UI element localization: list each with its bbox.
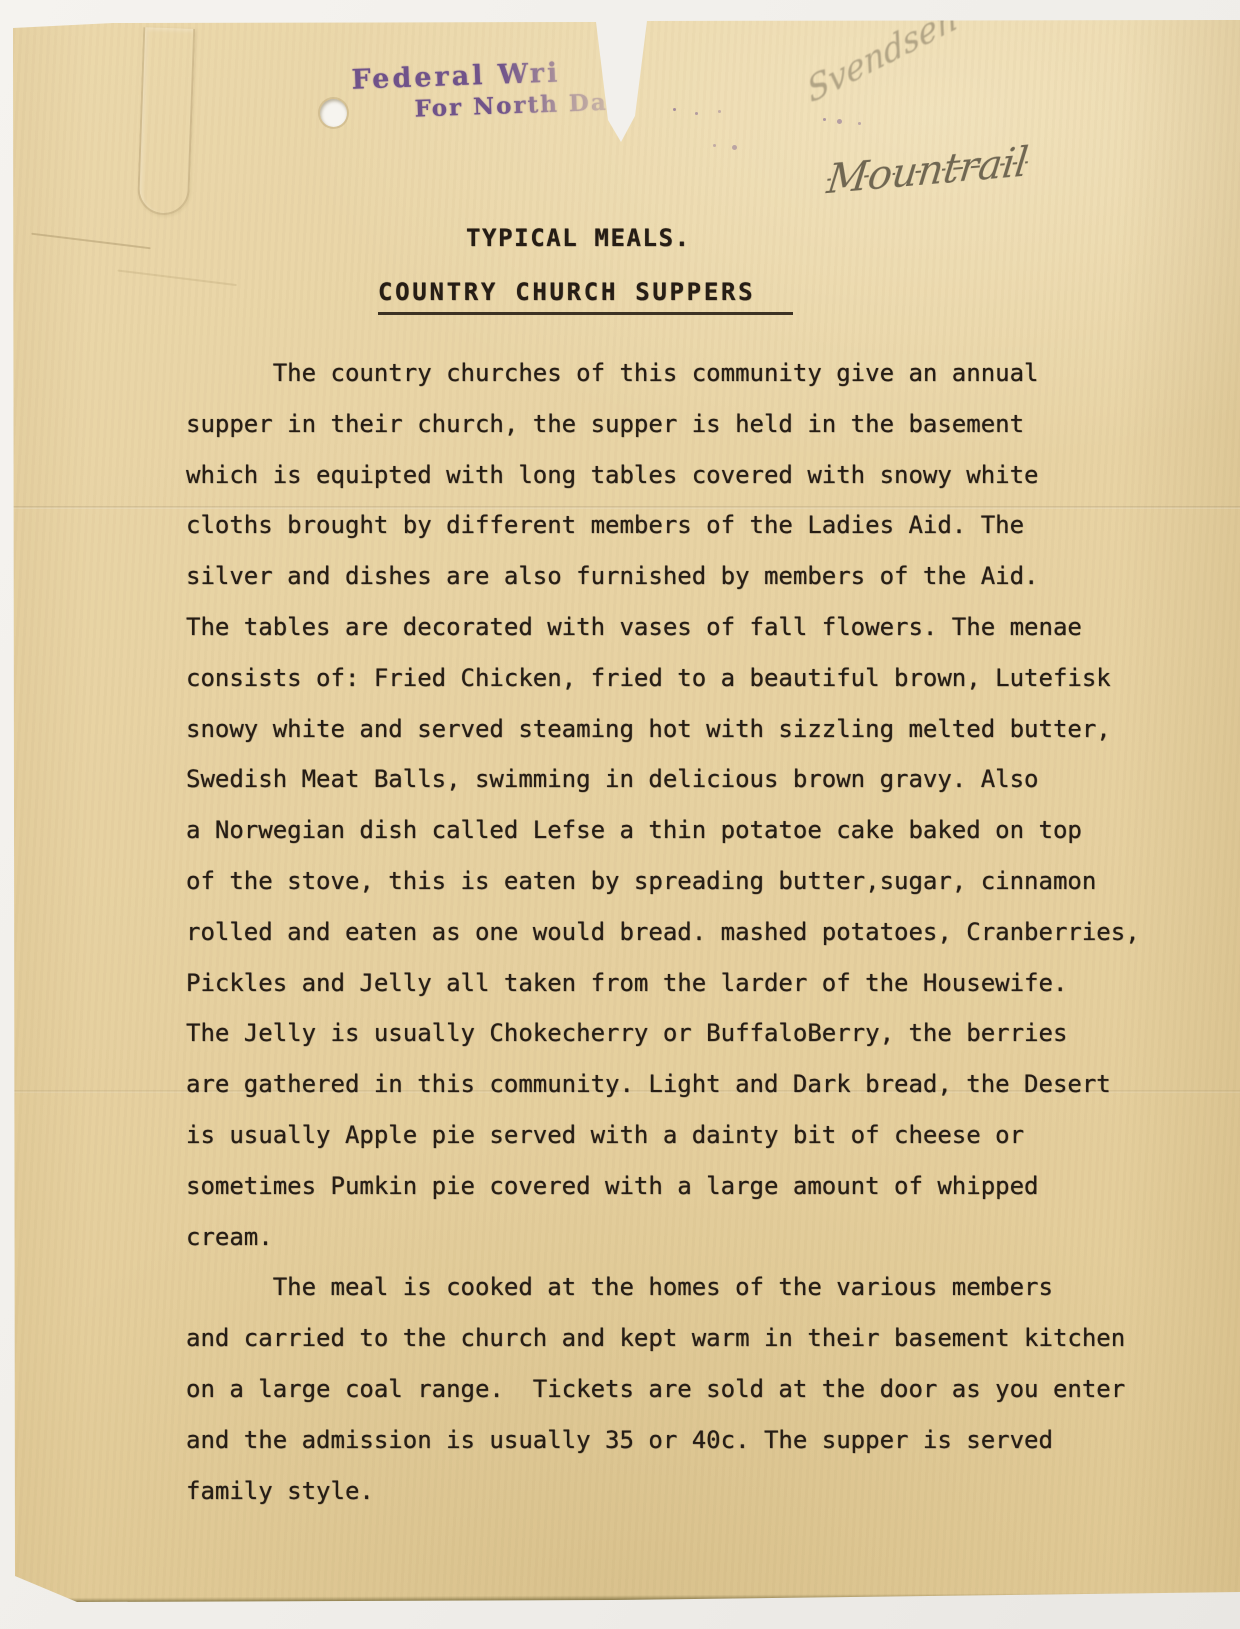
paper-clip-imprint [137, 27, 195, 216]
document-title: TYPICAL MEALS. [466, 224, 691, 252]
typed-line: rolled and eaten as one would bread. mas… [186, 907, 1196, 958]
typed-line: which is equipted with long tables cover… [186, 450, 1196, 501]
typed-line: Pickles and Jelly all taken from the lar… [186, 958, 1196, 1009]
typed-line: The tables are decorated with vases of f… [186, 602, 1196, 653]
document-subtitle: COUNTRY CHURCH SUPPERS [378, 278, 793, 315]
typed-line: The Jelly is usually Chokecherry or Buff… [186, 1008, 1196, 1059]
document-body: The country churches of this community g… [186, 348, 1196, 1516]
document-page: Federal Wri For North Dak Svendsen Mount… [13, 20, 1240, 1602]
paper-bottom-edge [53, 1592, 1240, 1602]
typed-line: on a large coal range. Tickets are sold … [186, 1364, 1196, 1415]
typed-line: The meal is cooked at the homes of the v… [186, 1262, 1196, 1313]
typed-line: The country churches of this community g… [186, 348, 1196, 399]
handwritten-county-note: Mountrail [825, 139, 1031, 203]
typed-line: snowy white and served steaming hot with… [186, 704, 1196, 755]
typed-line: consists of: Fried Chicken, fried to a b… [186, 653, 1196, 704]
typed-line: a Norwegian dish called Lefse a thin pot… [186, 805, 1196, 856]
typed-line: and carried to the church and kept warm … [186, 1313, 1196, 1364]
typed-line: supper in their church, the supper is he… [186, 399, 1196, 450]
typed-line: silver and dishes are also furnished by … [186, 551, 1196, 602]
typed-line: is usually Apple pie served with a daint… [186, 1110, 1196, 1161]
typed-line: cloths brought by different members of t… [186, 500, 1196, 551]
stamp-line-2: For North Dak [414, 88, 626, 122]
typed-line: cream. [186, 1212, 1196, 1263]
typed-line: and the admission is usually 35 or 40c. … [186, 1415, 1196, 1466]
small-crease [31, 233, 150, 250]
federal-writers-stamp: Federal Wri For North Dak [351, 55, 626, 124]
handwritten-name-note: Svendsen [804, 0, 1045, 112]
typed-line: are gathered in this community. Light an… [186, 1059, 1196, 1110]
typed-line: sometimes Pumkin pie covered with a larg… [186, 1161, 1196, 1212]
typed-line: of the stove, this is eaten by spreading… [186, 856, 1196, 907]
paragraph-2: The meal is cooked at the homes of the v… [186, 1262, 1196, 1516]
typed-line: family style. [186, 1466, 1196, 1517]
paragraph-1: The country churches of this community g… [186, 348, 1196, 1262]
stamp-ink-specks [673, 108, 676, 111]
typed-line: Swedish Meat Balls, swimming in deliciou… [186, 754, 1196, 805]
punch-hole [320, 99, 347, 127]
